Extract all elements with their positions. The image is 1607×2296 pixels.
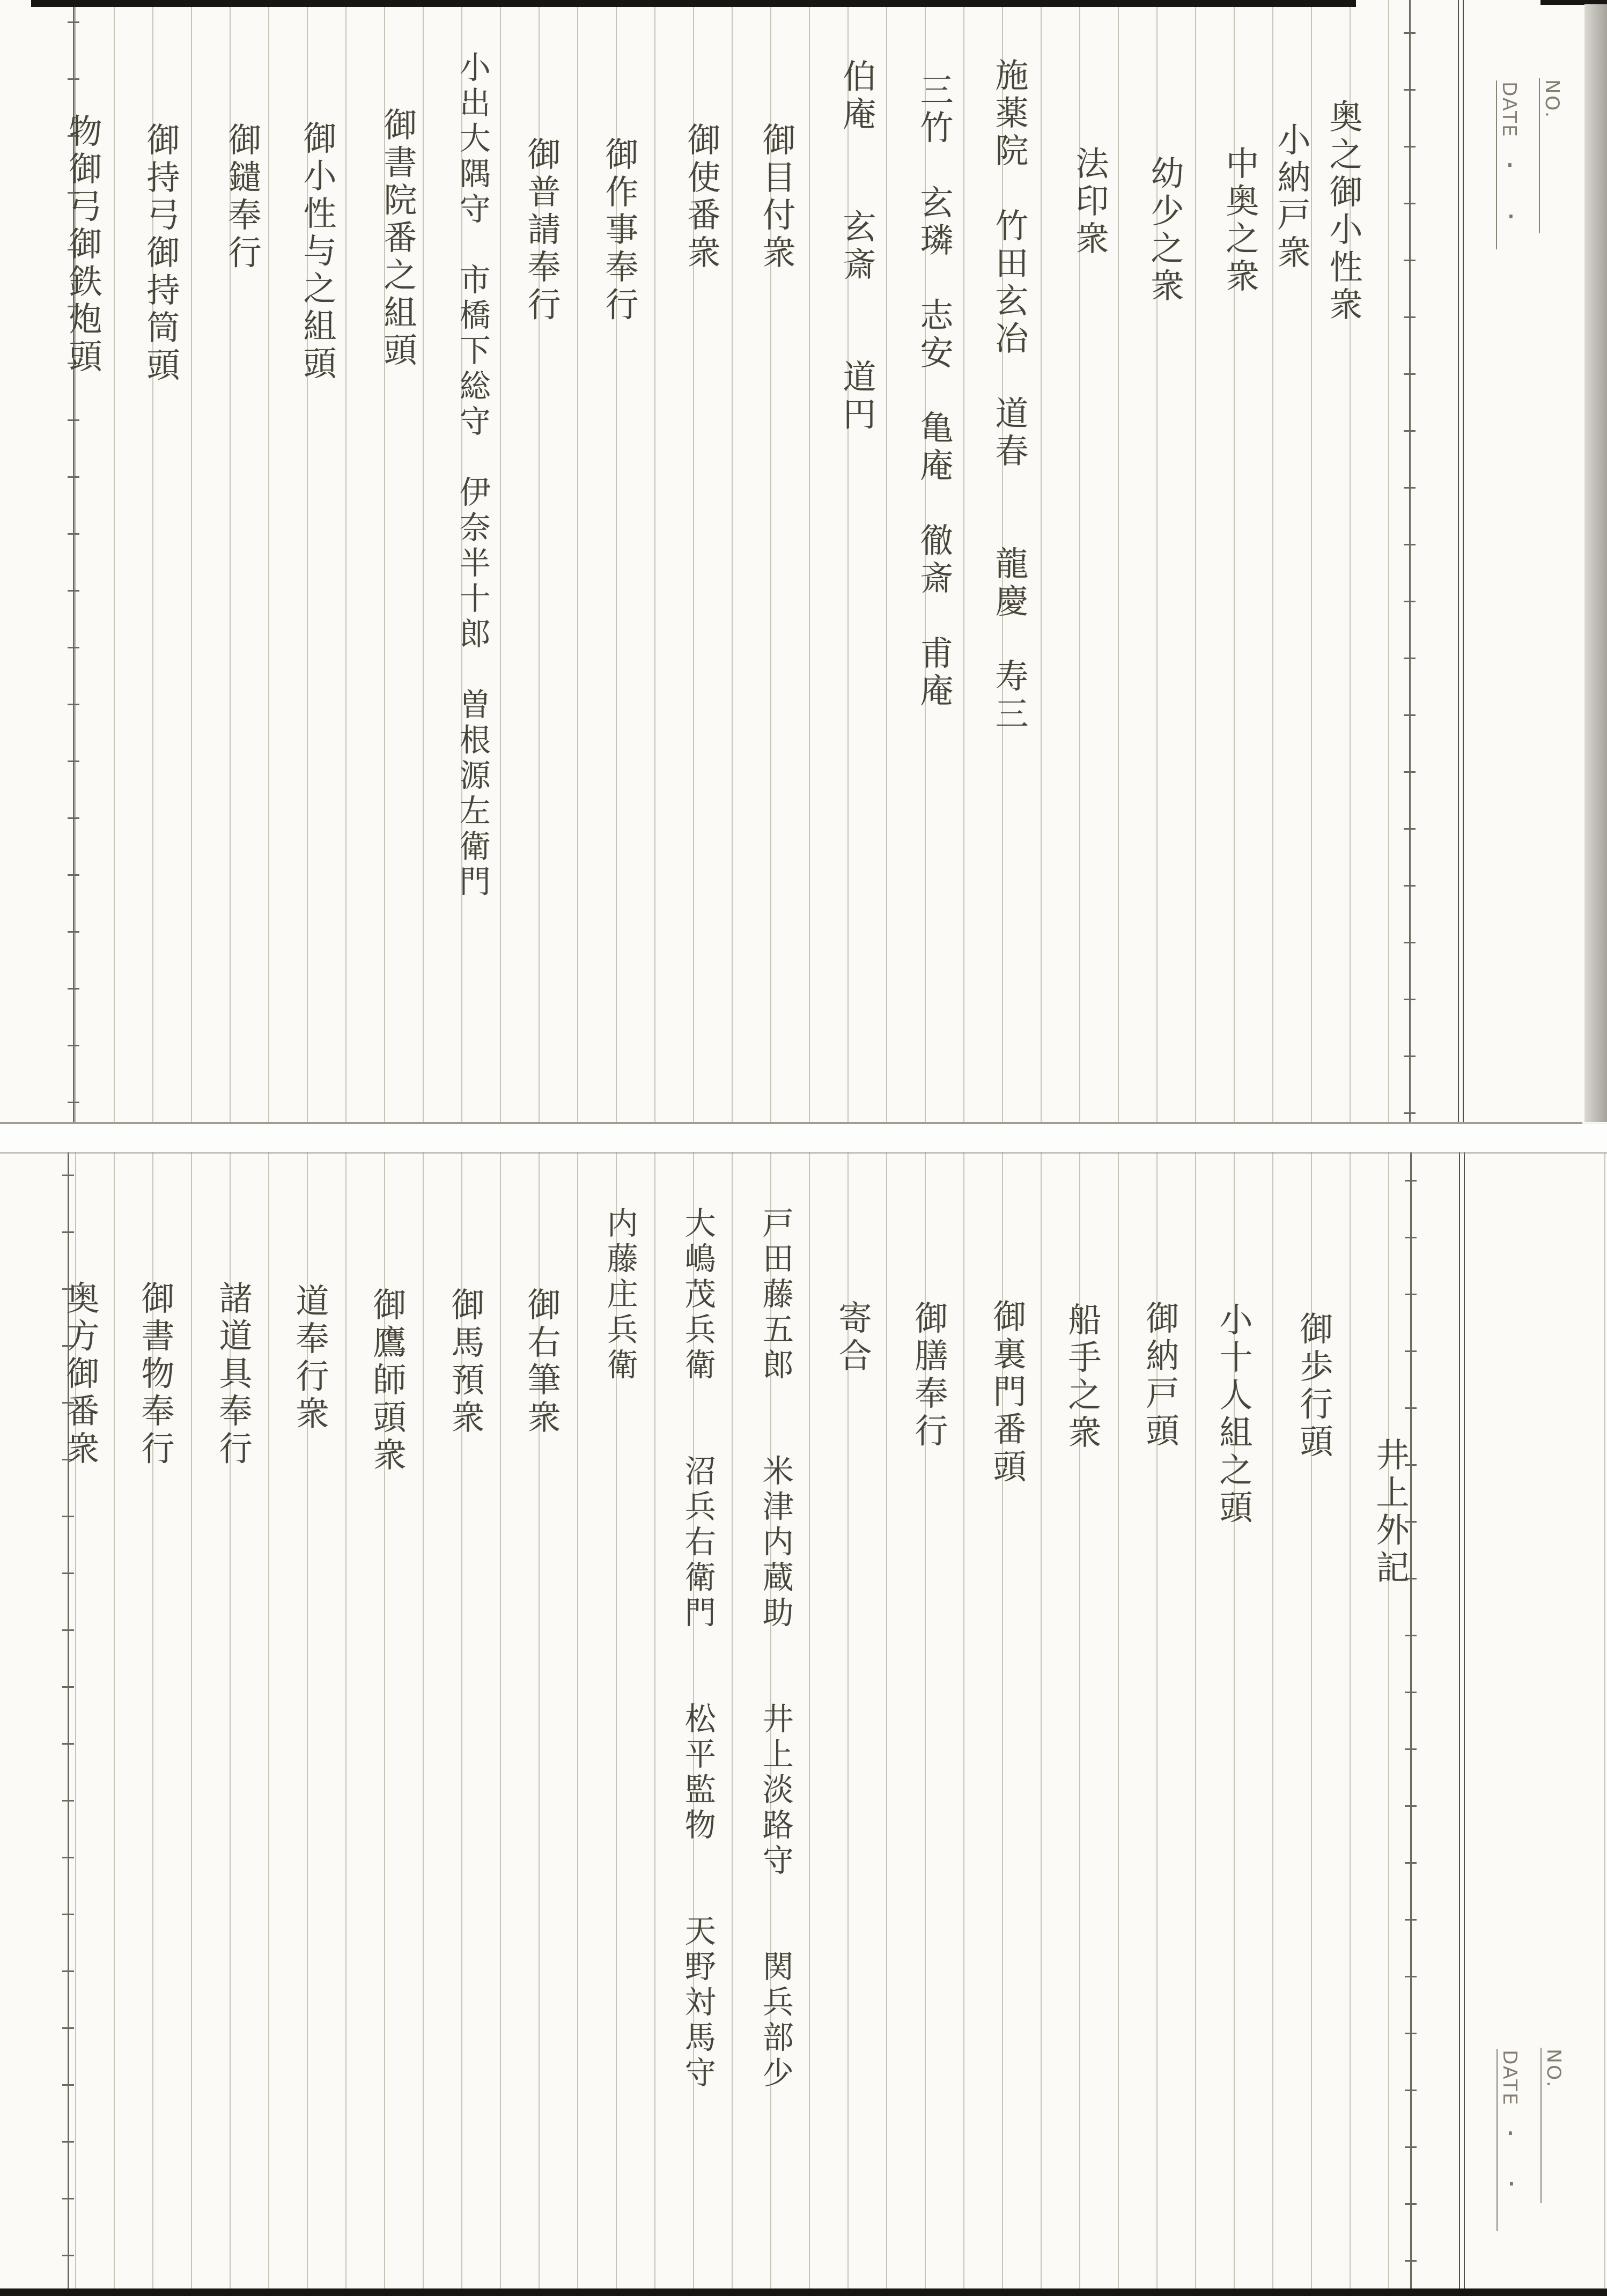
handwritten-entry: 小十人組之頭 — [1215, 1302, 1251, 1527]
handwritten-entry: 三竹 玄璘 志安 亀庵 徹斎 甫庵 — [916, 72, 952, 711]
handwritten-entry: 御普請奉行 — [523, 137, 559, 324]
date-label-page1: DATE — [1498, 82, 1520, 138]
handwritten-entry: 施薬院 竹田玄冶 道春 龍慶 寿三 — [991, 58, 1027, 734]
no-underline-page2 — [1540, 2048, 1542, 2203]
handwritten-entry: 井上外記 — [1372, 1437, 1407, 1588]
handwritten-entry: 小出大隅守 市橋下総守 伊奈半十郎 曽根源左衛門 — [455, 51, 489, 900]
handwritten-entry: 物御弓御鉄炮頭 — [64, 114, 100, 376]
handwritten-entry: 御納戸頭 — [1141, 1301, 1177, 1451]
handwritten-entry: 御膳奉行 — [910, 1301, 946, 1451]
date-dot-page2: . — [1506, 2123, 1515, 2128]
right-margin-ticks-page2 — [1405, 1180, 1417, 2285]
no-label-page2: NO. — [1543, 2049, 1565, 2088]
handwritten-entry: 道奉行衆 — [291, 1283, 327, 1434]
header-separator-line-page1 — [1458, 0, 1459, 1123]
handwritten-entry: 御裏門番頭 — [989, 1299, 1024, 1487]
header-separator-line-page2 — [1459, 1152, 1460, 2289]
handwritten-entry: 御歩行頭 — [1295, 1311, 1331, 1461]
date-dot-page1: . — [1506, 206, 1516, 211]
handwritten-entry: 内藤庄兵衛 — [603, 1207, 637, 1384]
ruled-lines-page1 — [75, 0, 1412, 1123]
handwritten-entry: 大嶋茂兵衛 沼兵右衛門 松平監物 天野対馬守 — [681, 1207, 714, 2092]
scan-edge-top — [31, 0, 1356, 7]
right-margin-ticks-page1 — [1404, 32, 1416, 1121]
scan-gap-between-pages — [0, 1124, 1607, 1152]
handwritten-entry: 奥之御小性衆 — [1325, 99, 1361, 324]
handwritten-entry: 御持弓御持筒頭 — [142, 122, 178, 385]
handwritten-entry: 寄合 — [834, 1301, 870, 1376]
handwritten-entry: 御書物奉行 — [137, 1281, 173, 1468]
handwritten-entry: 御作事奉行 — [601, 137, 637, 324]
handwritten-entry: 御書院番之組頭 — [379, 107, 415, 370]
handwritten-entry: 中奥之衆 — [1221, 146, 1257, 296]
handwritten-entry: 戸田藤五郎 米津内蔵助 井上淡路守 関兵部少 — [758, 1207, 792, 2092]
date-underline-page1 — [1496, 80, 1497, 249]
handwritten-entry: 御小性与之組頭 — [299, 121, 335, 383]
scan-edge-bottom — [0, 2288, 1607, 2296]
date-label-page2: DATE — [1499, 2050, 1521, 2107]
scan-edge-right-page1 — [1584, 4, 1607, 1122]
handwritten-entry: 御目付衆 — [758, 122, 794, 272]
handwritten-entry: 御鷹師頭衆 — [368, 1287, 404, 1475]
handwritten-entry: 諸道具奉行 — [215, 1281, 250, 1468]
header-separator-line-page2 — [1464, 1152, 1465, 2289]
handwritten-entry: 御使番衆 — [683, 122, 719, 272]
handwritten-entry: 法印衆 — [1071, 146, 1107, 259]
handwritten-entry: 小納戸衆 — [1273, 122, 1309, 272]
date-dot-page1: . — [1505, 154, 1515, 160]
handwritten-entry: 御右筆衆 — [523, 1287, 559, 1437]
no-underline-page1 — [1539, 78, 1540, 233]
page2-top-edge — [0, 1152, 1607, 1154]
handwritten-entry: 奥方御番衆 — [62, 1281, 98, 1468]
date-underline-page2 — [1497, 2049, 1498, 2231]
header-separator-line-page1 — [1463, 0, 1464, 1123]
ruled-lines-page2 — [75, 1152, 1412, 2289]
handwritten-entry: 幼少之衆 — [1146, 156, 1182, 306]
handwritten-entry: 船手之衆 — [1064, 1302, 1100, 1452]
handwritten-entry: 御鑓奉行 — [224, 122, 260, 272]
handwritten-entry: 御馬預衆 — [447, 1287, 483, 1437]
no-label-page1: NO. — [1541, 79, 1563, 119]
handwritten-entry: 伯庵 玄斎 道円 — [838, 59, 874, 434]
date-dot-page2: . — [1507, 2173, 1516, 2179]
scan-edge-right-page2 — [1604, 1153, 1605, 2289]
